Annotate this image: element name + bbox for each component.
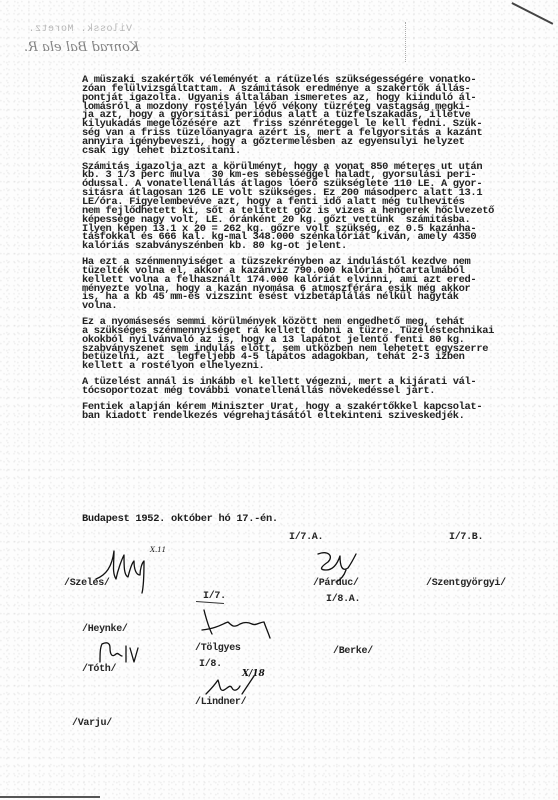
- typed-line: csak igy lehet biztositani.: [82, 147, 544, 156]
- typed-line: kellett a rostélyon elhelyezni.: [82, 362, 544, 371]
- corner-scan-artifact: [405, 22, 426, 62]
- typed-line: volna.: [82, 302, 544, 311]
- section-label-i8: I/8.: [199, 659, 222, 670]
- signature-tolgyes: [198, 608, 278, 642]
- section-label-i8a: I/8.A.: [326, 594, 360, 605]
- typed-line: tócsoportozat még további vonatellenállá…: [82, 387, 544, 396]
- section-label-i7b: I/7.B.: [449, 532, 483, 543]
- name-varju: /Varju/: [72, 718, 112, 729]
- name-szentgyorgyi: /Szentgyörgyi/: [426, 578, 506, 589]
- section-label-i7: I/7.: [203, 591, 226, 602]
- scanned-document-page: Vilossk. Moretz. Konrad Bal ela R. A müs…: [0, 0, 558, 800]
- name-tolgyes: /Tölgyes: [195, 643, 241, 654]
- report-paragraph: Ha ezt a szénmennyiséget a tüzszekrénybe…: [82, 258, 544, 311]
- name-szeles: /Szeles/: [64, 578, 110, 589]
- name-parduc: /Párduc/: [313, 578, 359, 589]
- report-paragraph: Fentiek alapján kérem Miniszter Urat, ho…: [82, 403, 544, 421]
- report-body: A müszaki szakértők véleményét a rátüzel…: [82, 76, 544, 428]
- szeles-date-note: X.11: [150, 546, 166, 554]
- date-line: Budapest 1952. október hó 17.-én.: [82, 513, 278, 525]
- report-paragraph: A tüzelést annál is inkább el kellett vé…: [82, 378, 544, 396]
- name-heynke: /Heynke/: [82, 624, 128, 635]
- typed-line: kalóriás szabványszénben kb. 80 kg-ot je…: [82, 242, 544, 251]
- section-label-i7a: I/7.A.: [289, 532, 323, 543]
- typed-line: is, ha a kb 45 mm-es vizszint esést vizb…: [82, 293, 544, 302]
- report-paragraph: Ez a nyomásesés semmi körülmények között…: [82, 318, 544, 371]
- name-toth: /Tóth/: [82, 664, 116, 675]
- typed-line: ban kiadott rendelkezés végrehajtásától …: [82, 412, 544, 421]
- report-paragraph: Számitás igazolja azt a körülményt, hogy…: [82, 163, 544, 251]
- corner-pen-stroke: [512, 2, 554, 24]
- lindner-date-note: X/18: [242, 669, 265, 679]
- name-lindner: /Lindner/: [195, 697, 246, 708]
- bleed-through-handwriting: Konrad Bal ela R.: [24, 40, 139, 55]
- name-berke: /Berke/: [333, 646, 373, 657]
- report-paragraph: A müszaki szakértők véleményét a rátüzel…: [82, 76, 544, 156]
- bleed-through-typed-text: Vilossk. Moretz.: [28, 24, 132, 35]
- scan-bottom-edge: [0, 796, 100, 798]
